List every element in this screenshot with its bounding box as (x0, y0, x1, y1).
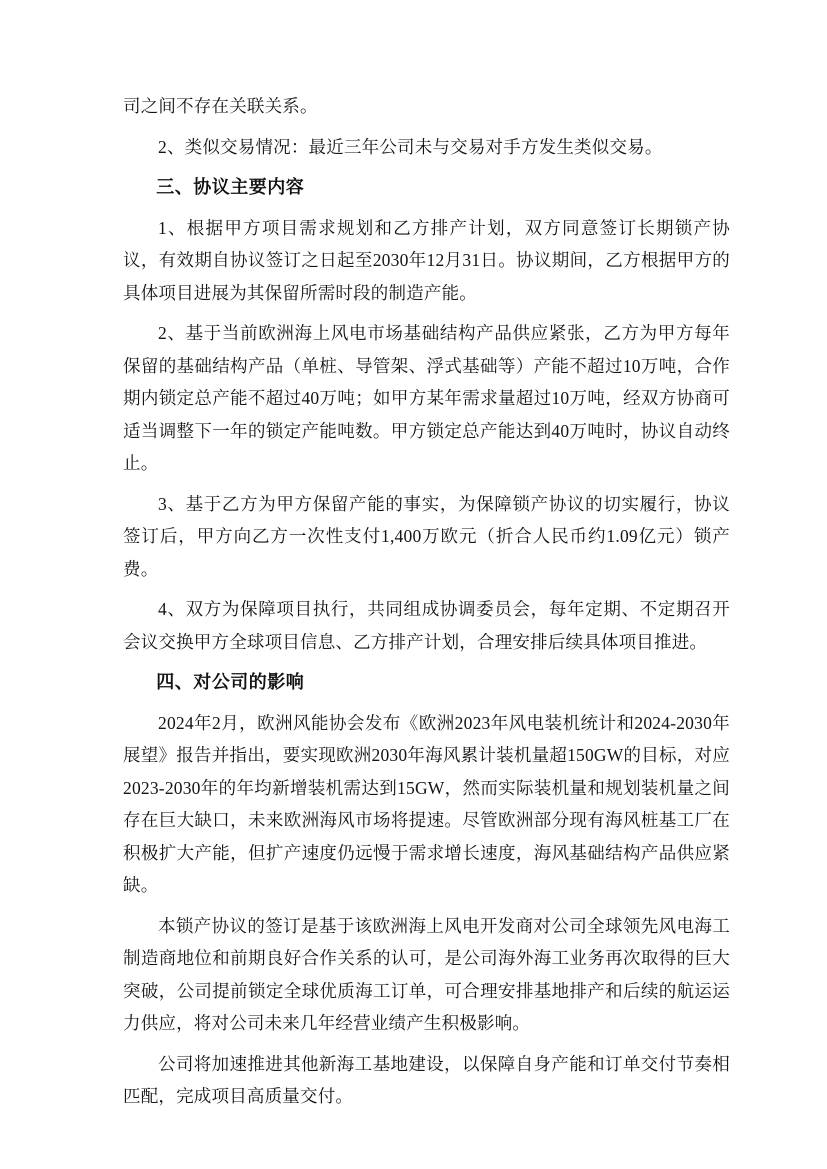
paragraph-agreement-item-1: 1、根据甲方项目需求规划和乙方排产计划，双方同意签订长期锁产协议，有效期自协议签… (123, 212, 730, 310)
paragraph-market-outlook: 2024年2月，欧洲风能协会发布《欧洲2023年风电装机统计和2024-2030… (123, 707, 730, 902)
paragraph-agreement-item-2: 2、基于当前欧洲海上风电市场基础结构产品供应紧张，乙方为甲方每年保留的基础结构产… (123, 317, 730, 480)
paragraph-continuation: 司之间不存在关联关系。 (123, 90, 730, 123)
section-heading-impact-on-company: 四、对公司的影响 (123, 666, 730, 699)
section-heading-agreement-content: 三、协议主要内容 (123, 171, 730, 204)
paragraph-capacity-buildout: 公司将加速推进其他新海工基地建设，以保障自身产能和订单交付节奏相匹配，完成项目高… (123, 1048, 730, 1113)
paragraph-agreement-item-3: 3、基于乙方为甲方保留产能的事实，为保障锁产协议的切实履行，协议签订后，甲方向乙… (123, 488, 730, 586)
document-page: 司之间不存在关联关系。 2、类似交易情况：最近三年公司未与交易对手方发生类似交易… (0, 0, 827, 1169)
paragraph-agreement-item-4: 4、双方为保障项目执行，共同组成协调委员会，每年定期、不定期召开会议交换甲方全球… (123, 593, 730, 658)
paragraph-similar-transactions: 2、类似交易情况：最近三年公司未与交易对手方发生类似交易。 (123, 131, 730, 164)
paragraph-agreement-significance: 本锁产协议的签订是基于该欧洲海上风电开发商对公司全球领先风电海工制造商地位和前期… (123, 910, 730, 1040)
page-content: 司之间不存在关联关系。 2、类似交易情况：最近三年公司未与交易对手方发生类似交易… (123, 90, 730, 1121)
